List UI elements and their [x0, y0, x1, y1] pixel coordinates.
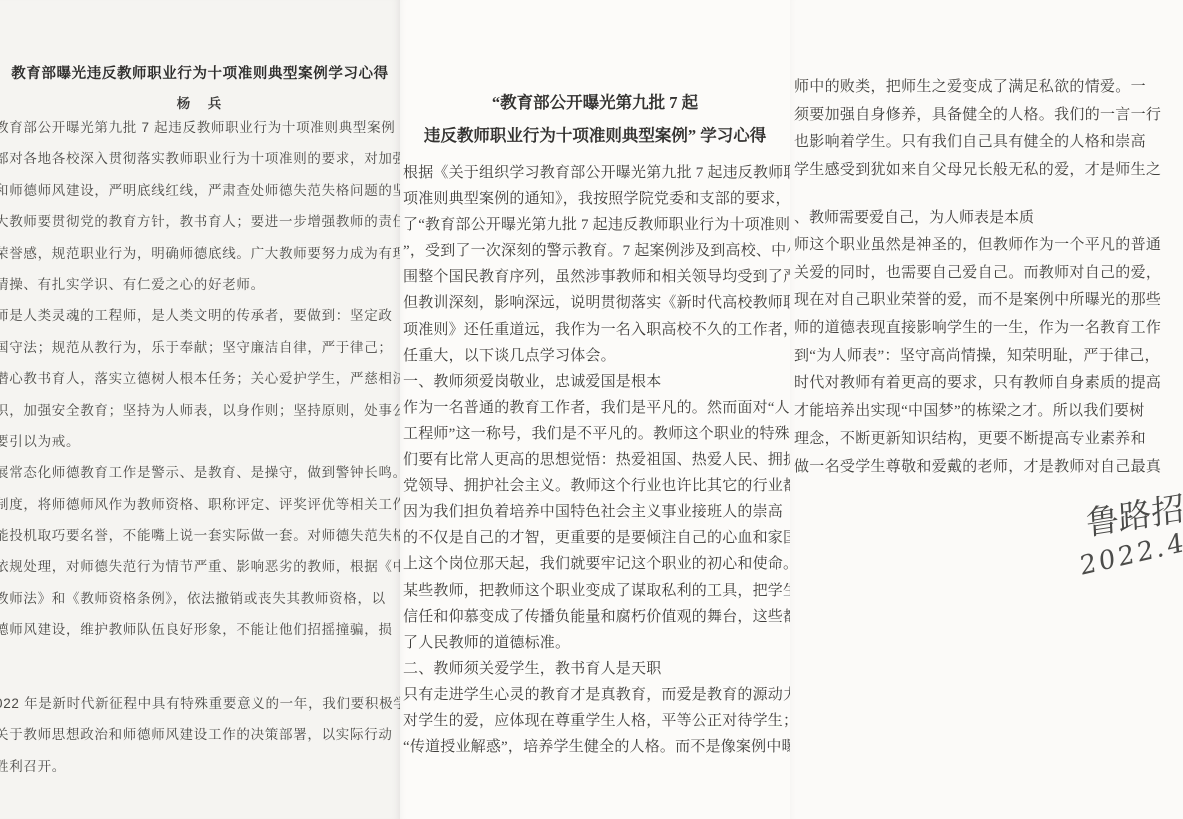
- right-page-paragraph-2: 师这个职业虽然是神圣的，但教师作为一个平凡的普通关爱的同时，也需要自己爱自己。而…: [794, 232, 1183, 481]
- text-line: 要引以为戒。: [0, 426, 400, 457]
- middle-page-title-line1: “教育部公开曝光第九批 7 起: [400, 86, 790, 119]
- text-line: 潜心教书育人，落实立德树人根本任务；关心爱护学生，严慈相济: [0, 363, 400, 394]
- text-line: ”，受到了一次深刻的警示教育。7 起案例涉及到高校、中小: [403, 238, 790, 264]
- text-line: 一、教师须爱岗敬业，忠诚爱国是根本: [403, 369, 790, 395]
- text-line: 和师德师风建设，严明底线红线，严肃查处师德失范失格问题的坚: [0, 175, 400, 206]
- text-line: 作为一名普通的教育工作者，我们是平凡的。然而面对“人: [403, 395, 790, 421]
- text-line: 的不仅是自己的才智，更重要的是要倾注自己的心血和家国: [403, 525, 790, 551]
- text-line: 但教训深刻，影响深远，说明贯彻落实《新时代高校教师职: [403, 290, 790, 316]
- text-line: 根据《关于组织学习教育部公开曝光第九批 7 起违反教师职: [403, 160, 790, 186]
- text-line: 德师风建设，维护教师队伍良好形象，不能让他们招摇撞骗，损: [0, 614, 400, 645]
- text-line: 工程师”这一称号，我们是不平凡的。教师这个职业的特殊: [403, 421, 790, 447]
- text-line: 师中的败类，把师生之爱变成了满足私欲的情爱。一: [794, 74, 1183, 102]
- text-line: 才能培养出实现“中国梦”的栋梁之才。所以我们要树: [794, 398, 1183, 426]
- text-line: 师的道德表现直接影响学生的一生，作为一名教育工作: [794, 315, 1183, 343]
- text-line: 教师法》和《教师资格条例》，依法撤销或丧失其教师资格，以: [0, 583, 400, 614]
- text-line: 展常态化师德教育工作是警示、是教育、是操守，做到警钟长鸣。: [0, 457, 400, 488]
- right-page-paragraph-1: 师中的败类，把师生之爱变成了满足私欲的情爱。一须要加强自身修养，具备健全的人格。…: [794, 74, 1183, 185]
- text-line: 教育部公开曝光第九批 7 起违反教师职业行为十项准则典型案例: [0, 112, 400, 143]
- text-line: 做一名受学生尊敬和爱戴的老师，才是教师对自己最真: [794, 454, 1183, 482]
- text-line: 项准则》还任重道远，我作为一名入职高校不久的工作者，: [403, 317, 790, 343]
- text-line: 项准则典型案例的通知》，我按照学院党委和支部的要求，: [403, 186, 790, 212]
- text-line: 对学生的爱，应体现在尊重学生人格，平等公正对待学生；: [403, 708, 790, 734]
- text-line: 关爱的同时，也需要自己爱自己。而教师对自己的爱，: [794, 260, 1183, 288]
- text-line: 只有走进学生心灵的教育才是真教育，而爱是教育的源动力: [403, 682, 790, 708]
- text-line: 制度，将师德师风作为教师资格、职称评定、评奖评优等相关工作: [0, 489, 400, 520]
- text-line: 理念，不断更新知识结构，更要不断提高专业素养和: [794, 426, 1183, 454]
- text-line: 也影响着学生。只有我们自己具有健全的人格和崇高: [794, 129, 1183, 157]
- document-scan-canvas: 教育部曝光违反教师职业行为十项准则典型案例学习心得 杨 兵 教育部公开曝光第九批…: [0, 0, 1183, 819]
- right-page-section-heading: 、教师需要爱自己，为人师表是本质: [794, 204, 1183, 232]
- scanned-page-right: 师中的败类，把师生之爱变成了满足私欲的情爱。一须要加强自身修养，具备健全的人格。…: [790, 0, 1183, 819]
- text-line: 到“为人师表”：坚守高尚情操，知荣明耻，严于律己，: [794, 343, 1183, 371]
- text-line: 须要加强自身修养，具备健全的人格。我们的一言一行: [794, 102, 1183, 130]
- text-line: 二、教师须关爱学生，教书育人是天职: [403, 656, 790, 682]
- middle-page-title-line2: 违反教师职业行为十项准则典型案例” 学习心得: [400, 119, 790, 152]
- text-line: 信任和仰慕变成了传播负能量和腐朽价值观的舞台，这些都: [403, 604, 790, 630]
- text-line: 国守法；规范从教行为，乐于奉献；坚守廉洁自律，严于律己；: [0, 332, 400, 363]
- text-line: 了“教育部公开曝光第九批 7 起违反教师职业行为十项准则: [403, 212, 790, 238]
- text-line: 党领导、拥护社会主义。教师这个行业也许比其它的行业都: [403, 473, 790, 499]
- left-page-title: 教育部曝光违反教师职业行为十项准则典型案例学习心得: [0, 62, 400, 83]
- middle-page-body: 根据《关于组织学习教育部公开曝光第九批 7 起违反教师职项准则典型案例的通知》，…: [403, 160, 790, 760]
- text-line: 学生感受到犹如来自父母兄长般无私的爱，才是师生之: [794, 157, 1183, 185]
- text-line: “传道授业解惑”，培养学生健全的人格。而不是像案例中曝: [403, 734, 790, 760]
- text-line: 识，加强安全教育；坚持为人师表，以身作则；坚持原则，处事公: [0, 395, 400, 426]
- left-page-paragraph-2: 022 年是新时代新征程中具有特殊重要意义的一年，我们要积极学关于教师思想政治和…: [0, 688, 400, 782]
- text-line: 因为我们担负着培养中国特色社会主义事业接班人的崇高: [403, 499, 790, 525]
- text-line: 任重大，以下谈几点学习体会。: [403, 343, 790, 369]
- text-line: 情操、有扎实学识、有仁爱之心的好老师。: [0, 269, 400, 300]
- text-line: 胜利召开。: [0, 751, 400, 782]
- text-line: 某些教师，把教师这个职业变成了谋取私利的工具，把学生: [403, 578, 790, 604]
- text-line: 现在对自己职业荣誉的爱，而不是案例中所曝光的那些: [794, 287, 1183, 315]
- text-line: 荣誉感，规范职业行为，明确师德底线。广大教师要努力成为有理: [0, 238, 400, 269]
- text-line: 了人民教师的道德标准。: [403, 630, 790, 656]
- text-line: 022 年是新时代新征程中具有特殊重要意义的一年，我们要积极学: [0, 688, 400, 719]
- text-line: 围整个国民教育序列，虽然涉事教师和相关领导均受到了严: [403, 264, 790, 290]
- middle-page-title: “教育部公开曝光第九批 7 起 违反教师职业行为十项准则典型案例” 学习心得: [400, 86, 790, 152]
- text-line: 上这个岗位那天起，我们就要牢记这个职业的初心和使命。: [403, 551, 790, 577]
- text-line: 部对各地各校深入贯彻落实教师职业行为十项准则的要求，对加强: [0, 143, 400, 174]
- text-line: 能投机取巧要名誉，不能嘴上说一套实际做一套。对师德失范失格: [0, 520, 400, 551]
- text-line: 时代对教师有着更高的要求，只有教师自身素质的提高: [794, 370, 1183, 398]
- scanned-page-middle: “教育部公开曝光第九批 7 起 违反教师职业行为十项准则典型案例” 学习心得 根…: [400, 0, 790, 819]
- left-page-author: 杨 兵: [0, 92, 400, 112]
- text-line: 们要有比常人更高的思想觉悟：热爱祖国、热爱人民、拥护: [403, 447, 790, 473]
- text-line: 师这个职业虽然是神圣的，但教师作为一个平凡的普通: [794, 232, 1183, 260]
- text-line: 大教师要贯彻党的教育方针，教书育人；要进一步增强教师的责任: [0, 206, 400, 237]
- text-line: 依规处理，对师德失范行为情节严重、影响恶劣的教师，根据《中: [0, 551, 400, 582]
- text-line: 关于教师思想政治和师德师风建设工作的决策部署，以实际行动: [0, 719, 400, 750]
- scanned-page-left: 教育部曝光违反教师职业行为十项准则典型案例学习心得 杨 兵 教育部公开曝光第九批…: [0, 0, 400, 819]
- text-line: 师是人类灵魂的工程师，是人类文明的传承者，要做到：坚定政: [0, 300, 400, 331]
- left-page-paragraph-1: 教育部公开曝光第九批 7 起违反教师职业行为十项准则典型案例部对各地各校深入贯彻…: [0, 112, 400, 646]
